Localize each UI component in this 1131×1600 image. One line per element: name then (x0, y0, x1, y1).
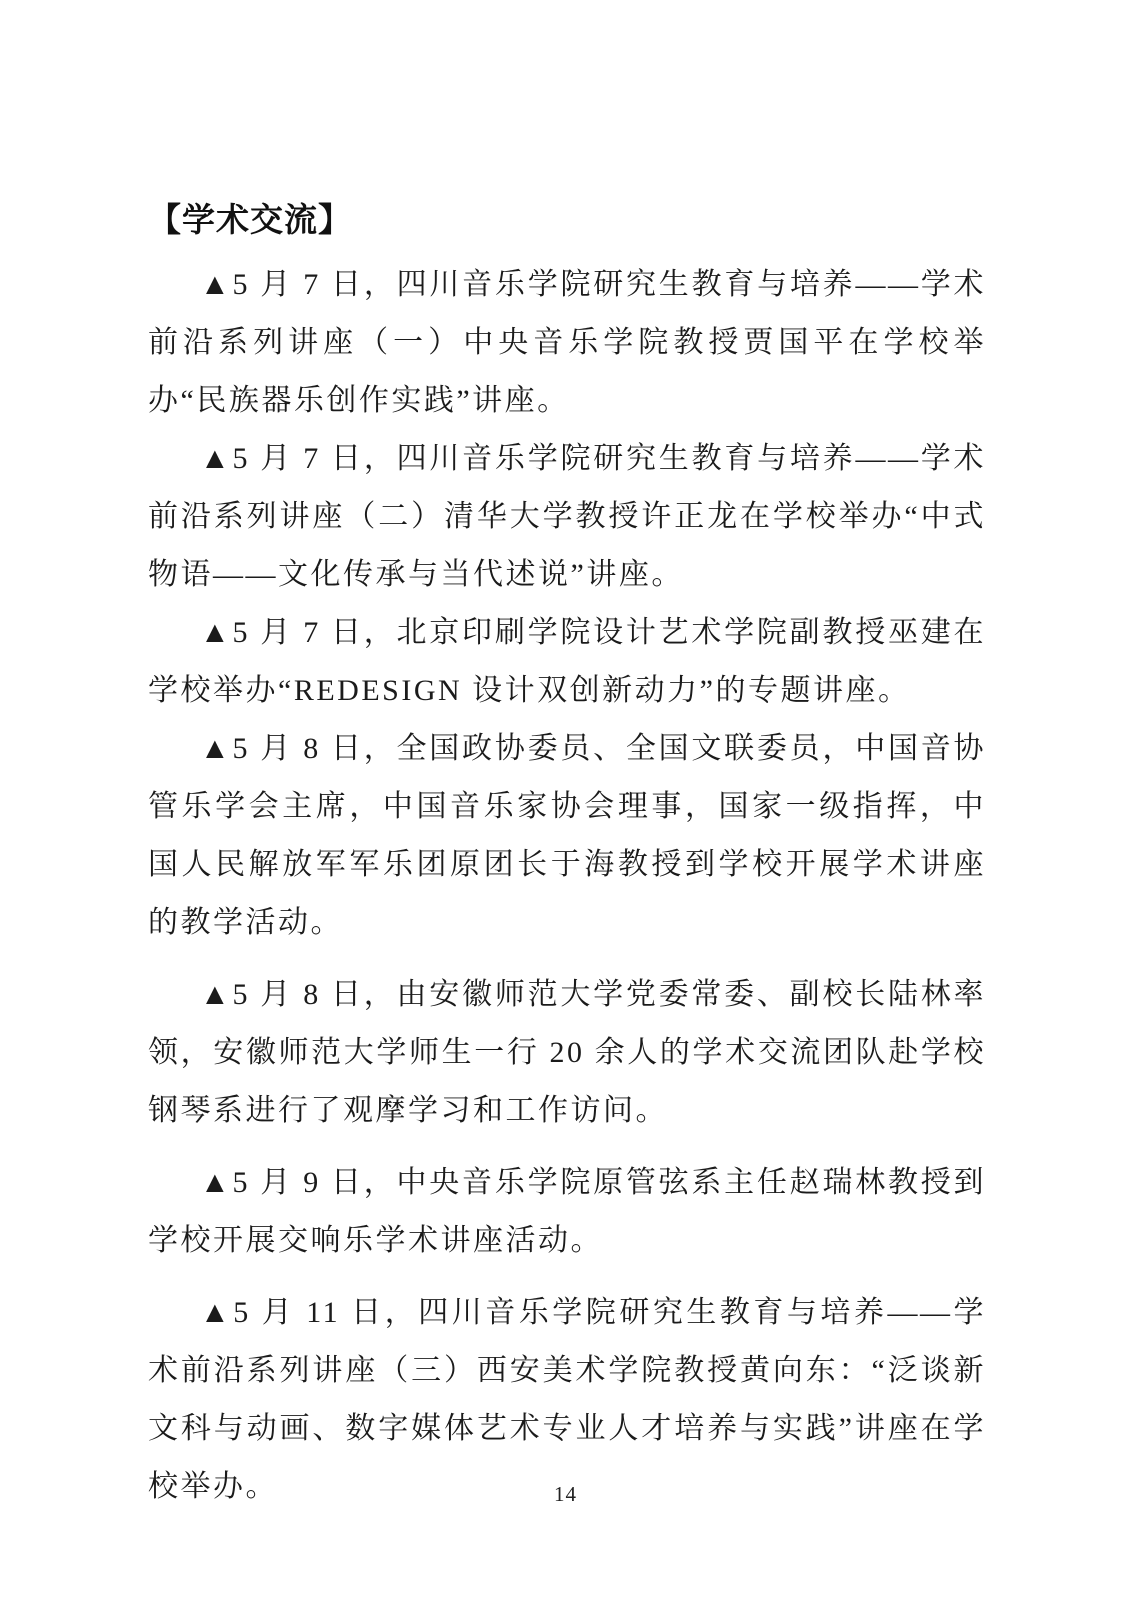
document-page: 【学术交流】 ▲5 月 7 日，四川音乐学院研究生教育与培养——学术前沿系列讲座… (0, 0, 1131, 1600)
paragraph: ▲5 月 7 日，四川音乐学院研究生教育与培养——学术前沿系列讲座（一）中央音乐… (148, 256, 986, 430)
page-number: 14 (0, 1482, 1131, 1507)
section-heading: 【学术交流】 (148, 200, 986, 242)
paragraph: ▲5 月 7 日，四川音乐学院研究生教育与培养——学术前沿系列讲座（二）清华大学… (148, 430, 986, 604)
paragraph: ▲5 月 8 日，由安徽师范大学党委常委、副校长陆林率领，安徽师范大学师生一行 … (148, 966, 986, 1140)
paragraph: ▲5 月 9 日，中央音乐学院原管弦系主任赵瑞林教授到学校开展交响乐学术讲座活动… (148, 1154, 986, 1270)
paragraph: ▲5 月 8 日，全国政协委员、全国文联委员，中国音协管乐学会主席，中国音乐家协… (148, 720, 986, 952)
document-content: 【学术交流】 ▲5 月 7 日，四川音乐学院研究生教育与培养——学术前沿系列讲座… (148, 200, 986, 1516)
paragraph: ▲5 月 7 日，北京印刷学院设计艺术学院副教授巫建在学校举办“REDESIGN… (148, 604, 986, 720)
